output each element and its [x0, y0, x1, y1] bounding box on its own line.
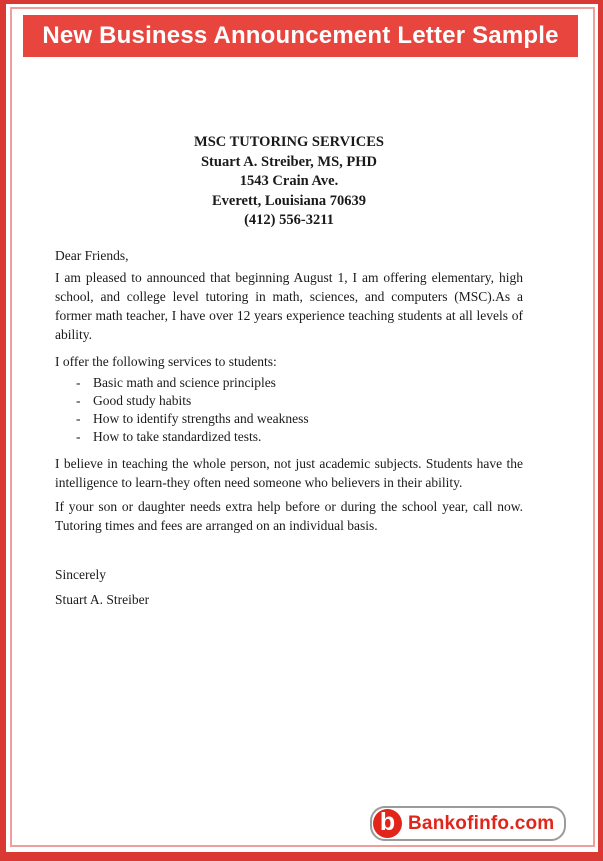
salutation: Dear Friends, [55, 246, 523, 265]
list-item: - How to identify strengths and weakness [55, 410, 523, 428]
list-item: - Basic math and science principles [55, 374, 523, 392]
paragraph-call-to-action: If your son or daughter needs extra help… [55, 497, 523, 535]
letterhead-phone: (412) 556-3211 [55, 211, 523, 231]
letterhead-company: MSC TUTORING SERVICES [55, 133, 523, 153]
dash-bullet: - [55, 392, 93, 410]
dash-bullet: - [55, 374, 93, 392]
letterhead: MSC TUTORING SERVICES Stuart A. Streiber… [55, 133, 523, 231]
closing: Sincerely [55, 565, 523, 584]
list-item-text: How to take standardized tests. [93, 428, 261, 446]
paragraph-philosophy: I believe in teaching the whole person, … [55, 454, 523, 492]
page-title-banner: New Business Announcement Letter Sample [23, 15, 578, 57]
bankofinfo-b-icon: b [373, 809, 402, 838]
list-item-text: Basic math and science principles [93, 374, 276, 392]
letterhead-address: 1543 Crain Ave. [55, 172, 523, 192]
list-item-text: Good study habits [93, 392, 191, 410]
list-item: - How to take standardized tests. [55, 428, 523, 446]
signature: Stuart A. Streiber [55, 590, 523, 609]
letterhead-city: Everett, Louisiana 70639 [55, 192, 523, 212]
list-item: - Good study habits [55, 392, 523, 410]
bankofinfo-logo[interactable]: b Bankofinfo.com [370, 806, 566, 841]
services-list: - Basic math and science principles - Go… [55, 374, 523, 446]
letterhead-person: Stuart A. Streiber, MS, PHD [55, 153, 523, 173]
services-intro: I offer the following services to studen… [55, 352, 523, 371]
dash-bullet: - [55, 428, 93, 446]
letter-page: New Business Announcement Letter Sample … [0, 0, 603, 861]
bankofinfo-logo-text: Bankofinfo.com [408, 813, 554, 835]
page-title: New Business Announcement Letter Sample [42, 22, 558, 50]
paragraph-intro: I am pleased to announced that beginning… [55, 268, 523, 344]
dash-bullet: - [55, 410, 93, 428]
list-item-text: How to identify strengths and weakness [93, 410, 309, 428]
